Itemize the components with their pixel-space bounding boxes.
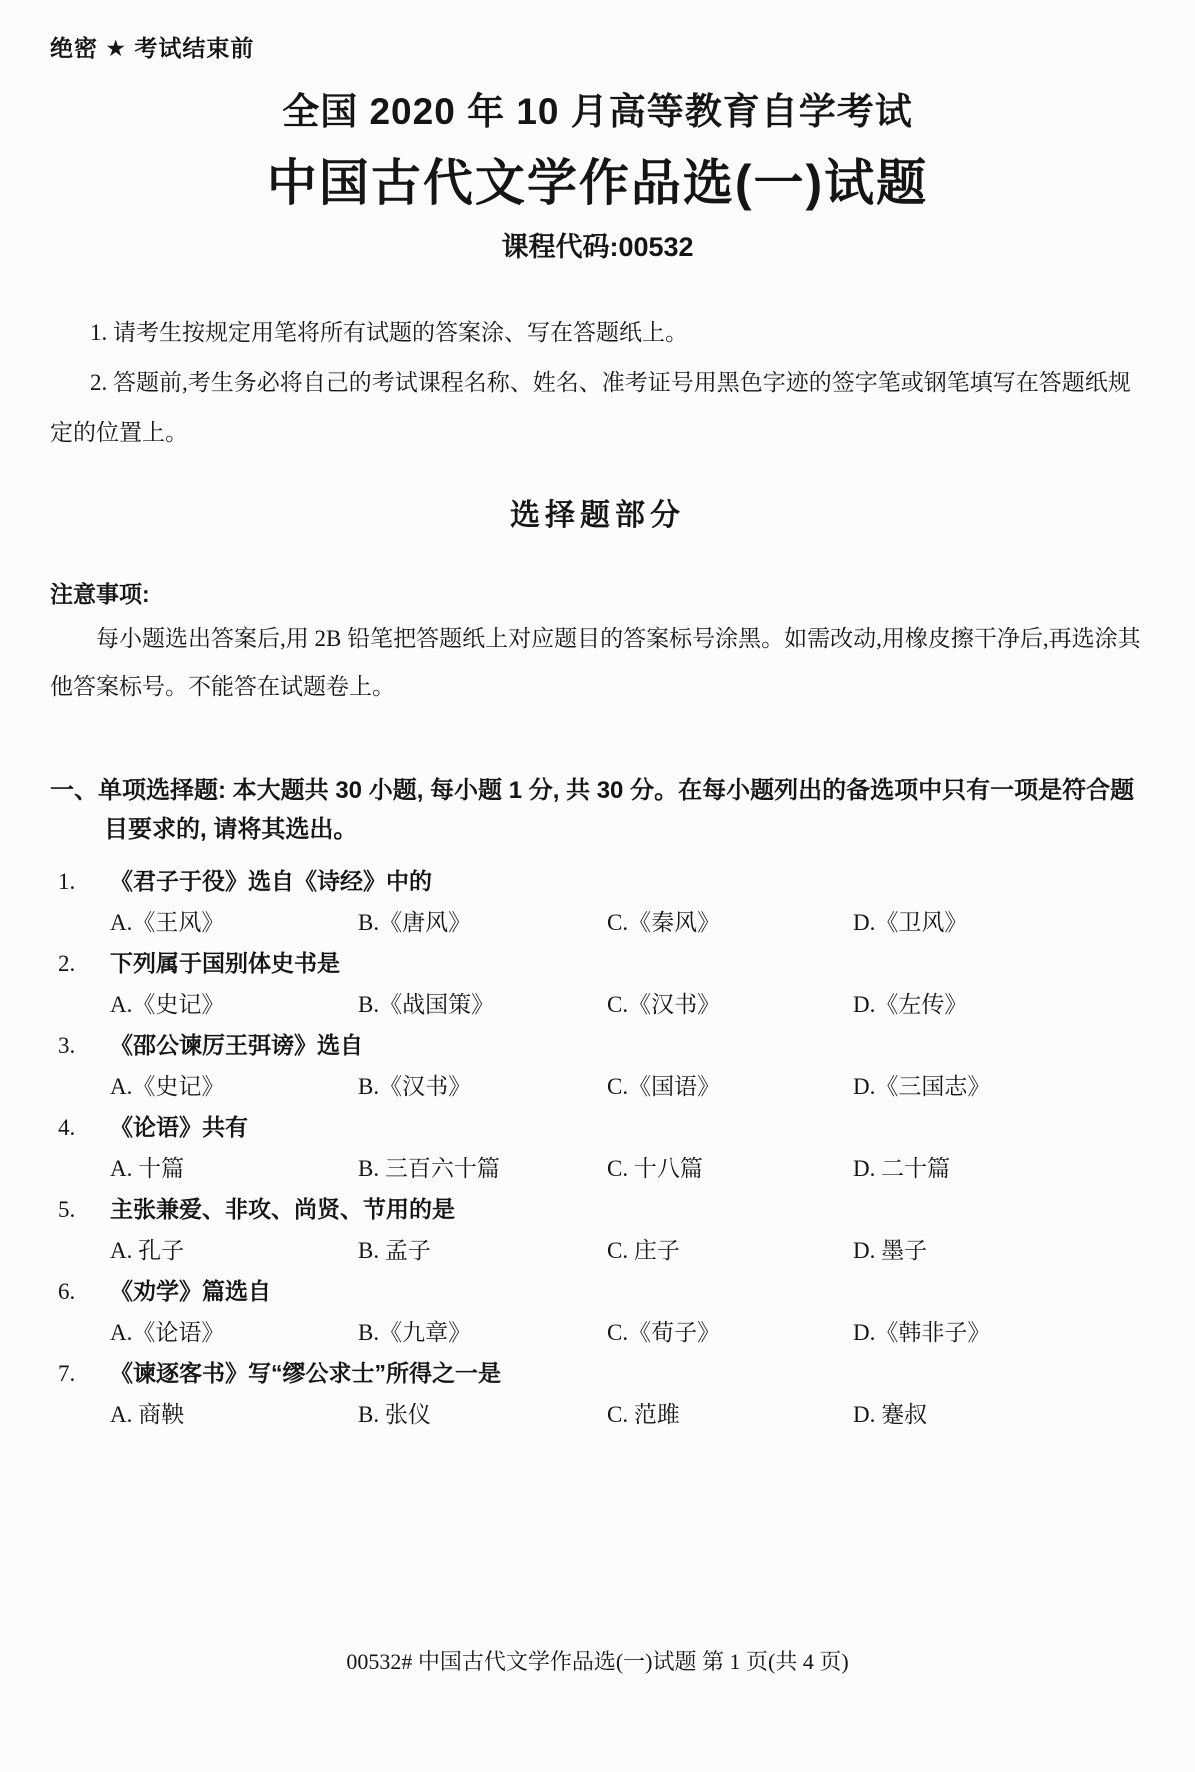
exam-paper-page: 绝密 ★ 考试结束前 全国 2020 年 10 月高等教育自学考试 中国古代文学… xyxy=(0,0,1195,1772)
question-text: 《劝学》篇选自 xyxy=(110,1278,271,1304)
question-stem: 6.《劝学》篇选自 xyxy=(50,1271,1145,1312)
question-stem: 7.《谏逐客书》写“缪公求士”所得之一是 xyxy=(50,1353,1145,1394)
option-b: B.《战国策》 xyxy=(358,984,607,1025)
option-a: A.《王风》 xyxy=(110,902,358,943)
option-c: C. 十八篇 xyxy=(607,1148,853,1189)
option-b: B. 三百六十篇 xyxy=(358,1148,607,1189)
option-d: D.《左传》 xyxy=(853,984,1145,1025)
question-number: 4. xyxy=(58,1107,110,1148)
question-5: 5.主张兼爱、非攻、尚贤、节用的是 A. 孔子 B. 孟子 C. 庄子 D. 墨… xyxy=(50,1189,1145,1271)
general-note-1: 1. 请考生按规定用笔将所有试题的答案涂、写在答题纸上。 xyxy=(50,308,1145,358)
general-notes: 1. 请考生按规定用笔将所有试题的答案涂、写在答题纸上。 2. 答题前,考生务必… xyxy=(50,308,1145,458)
question-stem: 2.下列属于国别体史书是 xyxy=(50,943,1145,984)
notice-text: 每小题选出答案后,用 2B 铅笔把答题纸上对应题目的答案标号涂黑。如需改动,用橡… xyxy=(50,615,1145,711)
option-c: C.《秦风》 xyxy=(607,902,853,943)
question-number: 6. xyxy=(58,1271,110,1312)
option-d: D.《卫风》 xyxy=(853,902,1145,943)
question-number: 1. xyxy=(58,861,110,902)
question-7: 7.《谏逐客书》写“缪公求士”所得之一是 A. 商鞅 B. 张仪 C. 范雎 D… xyxy=(50,1353,1145,1435)
option-a: A.《论语》 xyxy=(110,1312,358,1353)
option-d: D. 蹇叔 xyxy=(853,1394,1145,1435)
question-text: 下列属于国别体史书是 xyxy=(110,950,340,976)
option-a: A.《史记》 xyxy=(110,1066,358,1107)
question-text: 《论语》共有 xyxy=(110,1114,248,1140)
question-stem: 3.《邵公谏厉王弭谤》选自 xyxy=(50,1025,1145,1066)
option-c: C.《荀子》 xyxy=(607,1312,853,1353)
question-list: 1.《君子于役》选自《诗经》中的 A.《王风》 B.《唐风》 C.《秦风》 D.… xyxy=(50,861,1145,1435)
option-c: C. 庄子 xyxy=(607,1230,853,1271)
option-b: B. 孟子 xyxy=(358,1230,607,1271)
page-footer: 00532# 中国古代文学作品选(一)试题 第 1 页(共 4 页) xyxy=(0,1645,1195,1676)
question-3: 3.《邵公谏厉王弭谤》选自 A.《史记》 B.《汉书》 C.《国语》 D.《三国… xyxy=(50,1025,1145,1107)
notice-heading: 注意事项: xyxy=(50,576,1145,609)
question-options: A.《史记》 B.《汉书》 C.《国语》 D.《三国志》 xyxy=(110,1066,1145,1107)
general-note-2: 2. 答题前,考生务必将自己的考试课程名称、姓名、准考证号用黑色字迹的签字笔或钢… xyxy=(50,358,1145,458)
question-text: 《君子于役》选自《诗经》中的 xyxy=(110,868,432,894)
question-number: 3. xyxy=(58,1025,110,1066)
option-d: D.《三国志》 xyxy=(853,1066,1145,1107)
option-c: C.《国语》 xyxy=(607,1066,853,1107)
option-a: A. 商鞅 xyxy=(110,1394,358,1435)
paper-title: 中国古代文学作品选(一)试题 xyxy=(50,143,1145,215)
section-title-multiple-choice: 选择题部分 xyxy=(50,490,1145,534)
option-b: B.《唐风》 xyxy=(358,902,607,943)
question-stem: 5.主张兼爱、非攻、尚贤、节用的是 xyxy=(50,1189,1145,1230)
option-d: D. 二十篇 xyxy=(853,1148,1145,1189)
question-text: 《邵公谏厉王弭谤》选自 xyxy=(110,1032,363,1058)
option-a: A. 十篇 xyxy=(110,1148,358,1189)
question-options: A. 商鞅 B. 张仪 C. 范雎 D. 蹇叔 xyxy=(110,1394,1145,1435)
option-c: C. 范雎 xyxy=(607,1394,853,1435)
secrecy-banner: 绝密 ★ 考试结束前 xyxy=(50,30,1145,63)
question-options: A.《史记》 B.《战国策》 C.《汉书》 D.《左传》 xyxy=(110,984,1145,1025)
option-c: C.《汉书》 xyxy=(607,984,853,1025)
question-number: 2. xyxy=(58,943,110,984)
question-number: 7. xyxy=(58,1353,110,1394)
question-2: 2.下列属于国别体史书是 A.《史记》 B.《战国策》 C.《汉书》 D.《左传… xyxy=(50,943,1145,1025)
question-4: 4.《论语》共有 A. 十篇 B. 三百六十篇 C. 十八篇 D. 二十篇 xyxy=(50,1107,1145,1189)
option-b: B.《汉书》 xyxy=(358,1066,607,1107)
option-b: B.《九章》 xyxy=(358,1312,607,1353)
option-a: A. 孔子 xyxy=(110,1230,358,1271)
question-stem: 1.《君子于役》选自《诗经》中的 xyxy=(50,861,1145,902)
question-number: 5. xyxy=(58,1189,110,1230)
question-options: A.《论语》 B.《九章》 C.《荀子》 D.《韩非子》 xyxy=(110,1312,1145,1353)
question-stem: 4.《论语》共有 xyxy=(50,1107,1145,1148)
option-d: D.《韩非子》 xyxy=(853,1312,1145,1353)
exam-session-title: 全国 2020 年 10 月高等教育自学考试 xyxy=(50,81,1145,135)
question-options: A. 十篇 B. 三百六十篇 C. 十八篇 D. 二十篇 xyxy=(110,1148,1145,1189)
question-options: A. 孔子 B. 孟子 C. 庄子 D. 墨子 xyxy=(110,1230,1145,1271)
part-one-heading: 一、单项选择题: 本大题共 30 小题, 每小题 1 分, 共 30 分。在每小… xyxy=(50,771,1145,849)
question-text: 《谏逐客书》写“缪公求士”所得之一是 xyxy=(110,1360,501,1386)
course-code: 课程代码:00532 xyxy=(50,225,1145,264)
question-1: 1.《君子于役》选自《诗经》中的 A.《王风》 B.《唐风》 C.《秦风》 D.… xyxy=(50,861,1145,943)
option-d: D. 墨子 xyxy=(853,1230,1145,1271)
question-options: A.《王风》 B.《唐风》 C.《秦风》 D.《卫风》 xyxy=(110,902,1145,943)
option-a: A.《史记》 xyxy=(110,984,358,1025)
question-6: 6.《劝学》篇选自 A.《论语》 B.《九章》 C.《荀子》 D.《韩非子》 xyxy=(50,1271,1145,1353)
option-b: B. 张仪 xyxy=(358,1394,607,1435)
question-text: 主张兼爱、非攻、尚贤、节用的是 xyxy=(110,1196,455,1222)
